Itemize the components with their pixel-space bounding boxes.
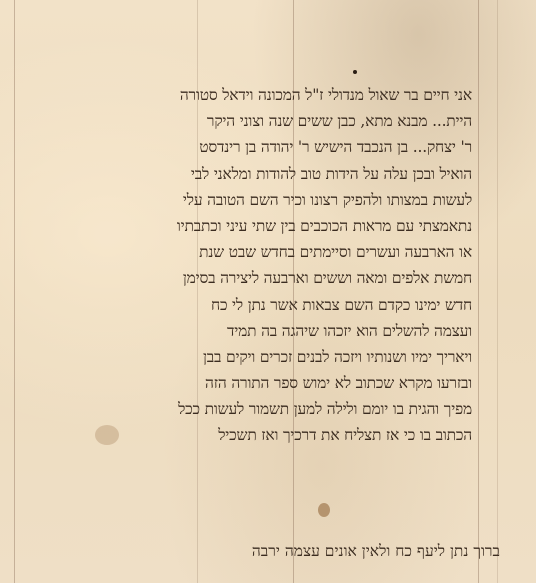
- ink-spot: [353, 70, 357, 74]
- ink-stain: [318, 503, 330, 517]
- closing-line: ברוך נתן ליעף כח ולאין אונים עצמה ירבה: [120, 542, 500, 561]
- text-line: ויאריך ימיו ושנותיו ויזכה לבנים זכרים וי…: [80, 344, 472, 370]
- text-line: היית... מבנא מתא, כבן ששים שנה וצוני היק…: [80, 108, 472, 134]
- text-line: אני חיים בר שאול מנדולי ז"ל המכונה וידאל…: [80, 82, 472, 108]
- text-line: נתאמצתי עם מראות הכוכבים בין שתי עיני וכ…: [80, 213, 472, 239]
- text-line: ר' יצחק... בן הנכבד הישיש ר' יהודה בן רי…: [80, 134, 472, 160]
- ruling-line: [497, 0, 498, 583]
- text-line: חמשת אלפים ומאה וששים וארבעה ליצירה בסימ…: [80, 265, 472, 291]
- ruling-line: [14, 0, 15, 583]
- text-line: הכתוב בו כי אז תצליח את דרכיך ואז תשכיל: [80, 422, 472, 448]
- text-line: חדש ימינו כקדם השם צבאות אשר נתן לי כח: [80, 292, 472, 318]
- text-line: מפיך והגית בו יומם ולילה למען תשמור לעשו…: [80, 396, 472, 422]
- text-line: לעשות במצותו ולהפיק רצונו וכיר השם הטובה…: [80, 187, 472, 213]
- colophon-text: אני חיים בר שאול מנדולי ז"ל המכונה וידאל…: [80, 82, 472, 449]
- manuscript-page: אני חיים בר שאול מנדולי ז"ל המכונה וידאל…: [0, 0, 536, 583]
- text-line: ועצמה להשלים הוא יזכהו שיהגה בה תמיד: [80, 318, 472, 344]
- text-line: הואיל ובכן עלה על הידות טוב להודות ומלאנ…: [80, 161, 472, 187]
- text-line: או הארבעה ועשרים וסיימתים בחדש שבט שנת: [80, 239, 472, 265]
- text-line: ובזרעו מקרא שכתוב לא ימוש ספר התורה הזה: [80, 370, 472, 396]
- ruling-line: [478, 0, 479, 583]
